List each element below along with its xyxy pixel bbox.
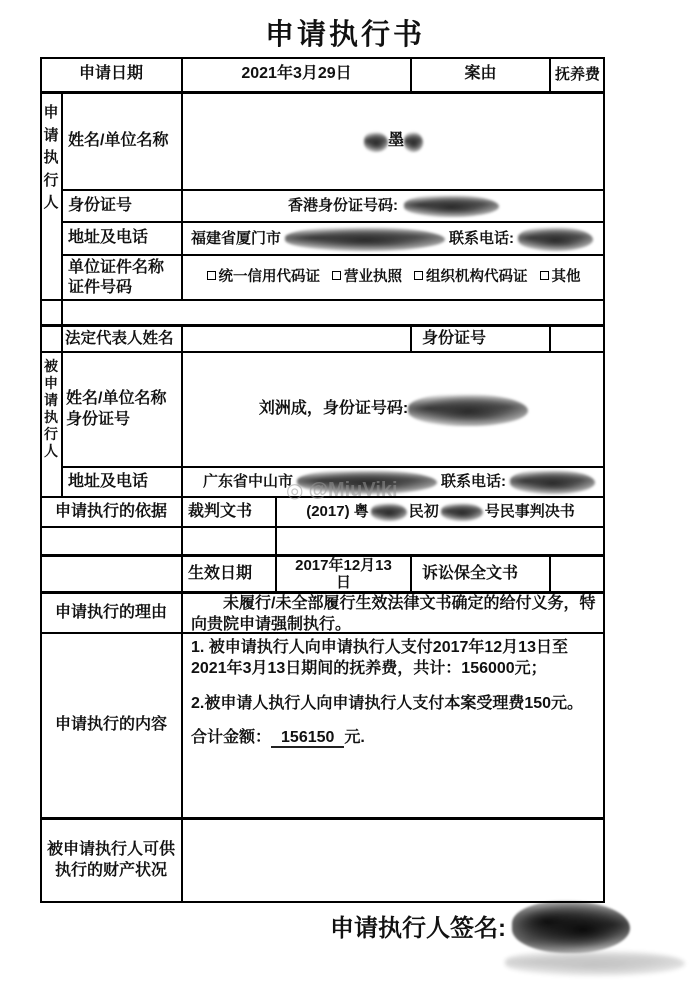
signature-label: 申请执行人签名: — [330, 908, 506, 943]
watermark: ◎ @MiuViki — [286, 478, 398, 503]
reason-text: 未履行/未全部履行生效法律文书确定的给付义务，特向贵院申请强制执行。 — [183, 591, 604, 636]
empty-cell — [550, 555, 605, 592]
respondent-name-label-line1: 姓名/单位名称 — [66, 390, 166, 407]
content-total-line: 合计金额：156150元. — [191, 728, 596, 749]
scanned-enforcement-application-form: 申请执行书 申请日期 2021年3月29日 案由 抚养费 申请执行人 姓名/单位… — [0, 0, 690, 997]
respondent-phone-prefix: 联系电话: — [441, 473, 506, 490]
applicant-address-prefix: 福建省厦门市 — [191, 230, 281, 247]
effective-date-line2: 日 — [336, 574, 351, 591]
redaction-smudge — [371, 503, 407, 521]
apply-date-value: 2021年3月29日 — [182, 57, 411, 92]
cert-option: 统一信用代码证 — [207, 269, 321, 286]
preservation-doc-label: 诉讼保全文书 — [411, 555, 550, 592]
assets-label-line2: 执行的财产状况 — [55, 862, 167, 879]
basis-doc-part3: 号民事判决书 — [485, 503, 575, 520]
respondent-name-label: 姓名/单位名称身份证号 — [62, 352, 182, 467]
weibo-eye-icon: ◎ — [286, 478, 303, 503]
empty-cell — [40, 527, 182, 555]
cause-label: 案由 — [411, 57, 550, 92]
redaction-smudge — [404, 195, 499, 217]
assets-label-line1: 被申请执行人可供 — [47, 841, 175, 858]
signature-smudge — [512, 901, 630, 953]
redaction-smudge — [518, 227, 593, 251]
empty-cell — [182, 527, 276, 555]
redaction-smudge — [404, 132, 423, 152]
content-label: 申请执行的内容 — [40, 633, 182, 818]
page-title: 申请执行书 — [0, 12, 690, 53]
cert-option: 营业执照 — [332, 269, 402, 286]
applicant-address-label: 地址及电话 — [62, 222, 182, 255]
empty-cell — [40, 325, 62, 352]
respondent-group-label: 被申请执行人 — [40, 352, 62, 497]
effective-date-label: 生效日期 — [182, 555, 276, 592]
redaction-smudge — [510, 470, 595, 494]
empty-cell — [550, 325, 605, 352]
effective-date-value: 2017年12月13日 — [276, 555, 411, 592]
cert-option: 组织机构代码证 — [414, 269, 528, 286]
applicant-name-cell: 墨 — [182, 92, 605, 190]
respondent-name-prefix: 刘洲成，身份证号码: — [259, 400, 408, 418]
content-item-1: 1. 被申请执行人向申请执行人支付2017年12月13日至2021年3月13日期… — [191, 638, 596, 680]
respondent-name-label-line2: 身份证号 — [66, 411, 130, 428]
basis-doc-part2: 民初 — [409, 503, 439, 520]
basis-doc-part1: (2017) 粤 — [306, 503, 369, 520]
empty-cell — [40, 300, 62, 325]
respondent-address-label: 地址及电话 — [62, 467, 182, 497]
checkbox-icon — [207, 271, 216, 280]
empty-cell — [62, 300, 605, 325]
assets-value-cell — [182, 818, 605, 903]
basis-doc-type-label: 裁判文书 — [182, 497, 276, 527]
content-cell: 1. 被申请执行人向申请执行人支付2017年12月13日至2021年3月13日期… — [182, 633, 605, 818]
faint-smudge — [505, 950, 685, 976]
legal-rep-value-cell — [182, 325, 411, 352]
apply-date-label: 申请日期 — [40, 57, 182, 92]
content-total-label: 合计金额： — [191, 729, 271, 746]
checkbox-icon — [332, 271, 341, 280]
assets-label: 被申请执行人可供执行的财产状况 — [40, 818, 182, 903]
effective-date-line1: 2017年12月13 — [295, 557, 392, 574]
applicant-name-label: 姓名/单位名称 — [62, 92, 182, 190]
checkbox-icon — [540, 271, 549, 280]
empty-cell — [276, 527, 605, 555]
reason-label: 申请执行的理由 — [40, 592, 182, 633]
empty-cell — [40, 555, 182, 592]
redaction-smudge — [441, 503, 483, 521]
applicant-phone-prefix: 联系电话: — [449, 230, 514, 247]
applicant-group-label: 申请执行人 — [40, 92, 62, 300]
redaction-smudge — [364, 132, 388, 152]
applicant-id-label: 身份证号 — [62, 190, 182, 222]
cert-label-line2: 证件号码 — [68, 279, 132, 296]
watermark-text: @MiuViki — [308, 479, 397, 502]
cert-options-cell: 统一信用代码证 营业执照 组织机构代码证 其他 — [182, 255, 605, 300]
applicant-address-cell: 福建省厦门市联系电话: — [182, 222, 605, 255]
applicant-id-prefix: 香港身份证号码: — [288, 197, 398, 214]
cert-option: 其他 — [540, 269, 581, 286]
applicant-id-cell: 香港身份证号码: — [182, 190, 605, 222]
legal-rep-id-label: 身份证号 — [411, 325, 550, 352]
legal-rep-label: 法定代表人姓名 — [62, 325, 182, 352]
applicant-name-visible: 墨 — [388, 132, 404, 150]
content-item-2: 2.被申请人执行人向申请执行人支付本案受理费150元。 — [191, 694, 596, 715]
redaction-smudge — [285, 227, 445, 251]
redaction-smudge — [408, 394, 528, 426]
cert-label-line1: 单位证件名称 — [68, 259, 164, 276]
cert-label: 单位证件名称证件号码 — [62, 255, 182, 300]
checkbox-icon — [414, 271, 423, 280]
cause-value: 抚养费 — [550, 57, 605, 92]
content-total-suffix: 元. — [344, 729, 364, 746]
respondent-name-cell: 刘洲成，身份证号码: — [182, 352, 605, 467]
content-total-value: 156150 — [271, 729, 344, 748]
respondent-address-prefix: 广东省中山市 — [203, 473, 293, 490]
reason-text-cell: 未履行/未全部履行生效法律文书确定的给付义务，特向贵院申请强制执行。 — [182, 592, 605, 633]
basis-label: 申请执行的依据 — [40, 497, 182, 527]
